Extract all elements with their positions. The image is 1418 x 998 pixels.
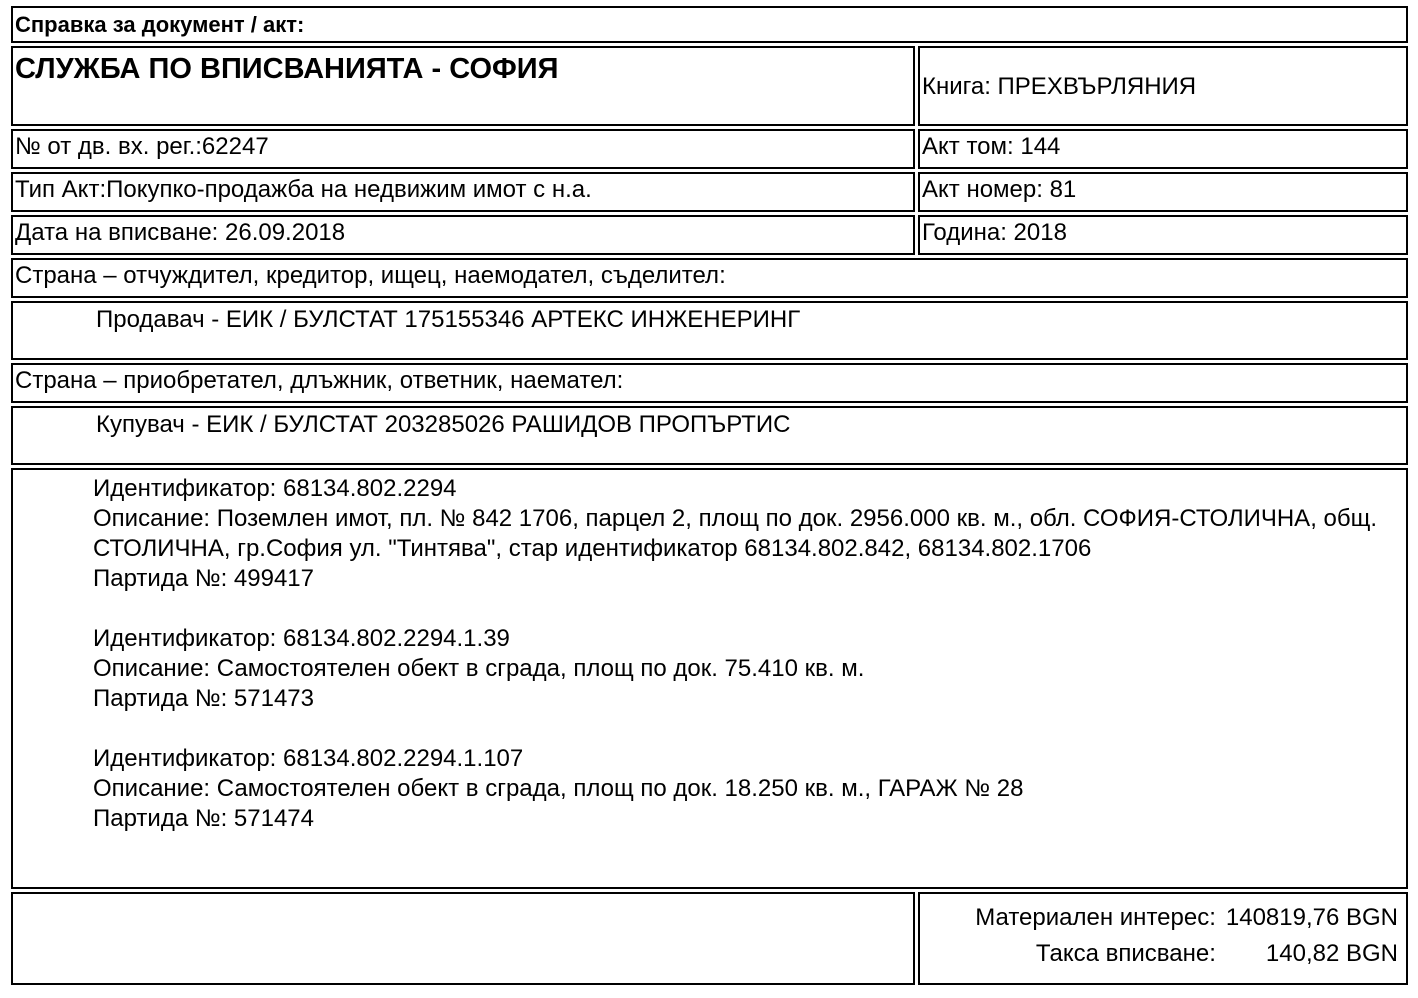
fees-cell: Материален интерес: 140819,76 BGN Такса …: [918, 892, 1408, 985]
property-batch: Партида №: 571474: [93, 804, 1404, 834]
property-identifier: Идентификатор: 68134.802.2294: [93, 474, 1404, 504]
property-list: Идентификатор: 68134.802.2294 Описание: …: [11, 468, 1408, 889]
property-identifier: Идентификатор: 68134.802.2294.1.107: [93, 744, 1404, 774]
registration-date: Дата на вписване: 26.09.2018: [11, 215, 915, 255]
property-item: Идентификатор: 68134.802.2294.1.39 Описа…: [93, 624, 1404, 714]
property-batch: Партида №: 499417: [93, 564, 1404, 594]
act-number: Акт номер: 81: [918, 172, 1408, 212]
fees-table: Материален интерес: 140819,76 BGN Такса …: [975, 900, 1398, 972]
empty-cell: [11, 892, 915, 985]
property-item: Идентификатор: 68134.802.2294 Описание: …: [93, 474, 1404, 594]
act-volume: Акт том: 144: [918, 129, 1408, 169]
property-description: Описание: Поземлен имот, пл. № 842 1706,…: [93, 504, 1404, 564]
document-report: Справка за документ / акт: СЛУЖБА ПО ВПИ…: [8, 6, 1408, 988]
transferor-party: Продавач - ЕИК / БУЛСТАТ 175155346 АРТЕК…: [11, 301, 1408, 360]
report-table: Справка за документ / акт: СЛУЖБА ПО ВПИ…: [8, 3, 1411, 988]
property-item: Идентификатор: 68134.802.2294.1.107 Опис…: [93, 744, 1404, 834]
book-name: Книга: ПРЕХВЪРЛЯНИЯ: [918, 46, 1408, 126]
material-interest-label: Материален интерес:: [975, 900, 1226, 936]
registration-fee-value: 140,82 BGN: [1226, 936, 1398, 972]
registration-fee-label: Такса вписване:: [975, 936, 1226, 972]
material-interest-value: 140819,76 BGN: [1226, 900, 1398, 936]
property-description: Описание: Самостоятелен обект в сграда, …: [93, 654, 1404, 684]
property-description: Описание: Самостоятелен обект в сграда, …: [93, 774, 1404, 804]
property-batch: Партида №: 571473: [93, 684, 1404, 714]
transferor-heading: Страна – отчуждител, кредитор, ищец, нае…: [11, 258, 1408, 298]
incoming-register-number: № от дв. вх. рег.:62247: [11, 129, 915, 169]
act-year: Година: 2018: [918, 215, 1408, 255]
acquirer-party: Купувач - ЕИК / БУЛСТАТ 203285026 РАШИДО…: [11, 406, 1408, 465]
property-identifier: Идентификатор: 68134.802.2294.1.39: [93, 624, 1404, 654]
acquirer-heading: Страна – приобретател, длъжник, ответник…: [11, 363, 1408, 403]
registry-office: СЛУЖБА ПО ВПИСВАНИЯТА - СОФИЯ: [11, 46, 915, 126]
act-type: Тип Акт:Покупко-продажба на недвижим имо…: [11, 172, 915, 212]
report-caption: Справка за документ / акт:: [11, 6, 1408, 43]
